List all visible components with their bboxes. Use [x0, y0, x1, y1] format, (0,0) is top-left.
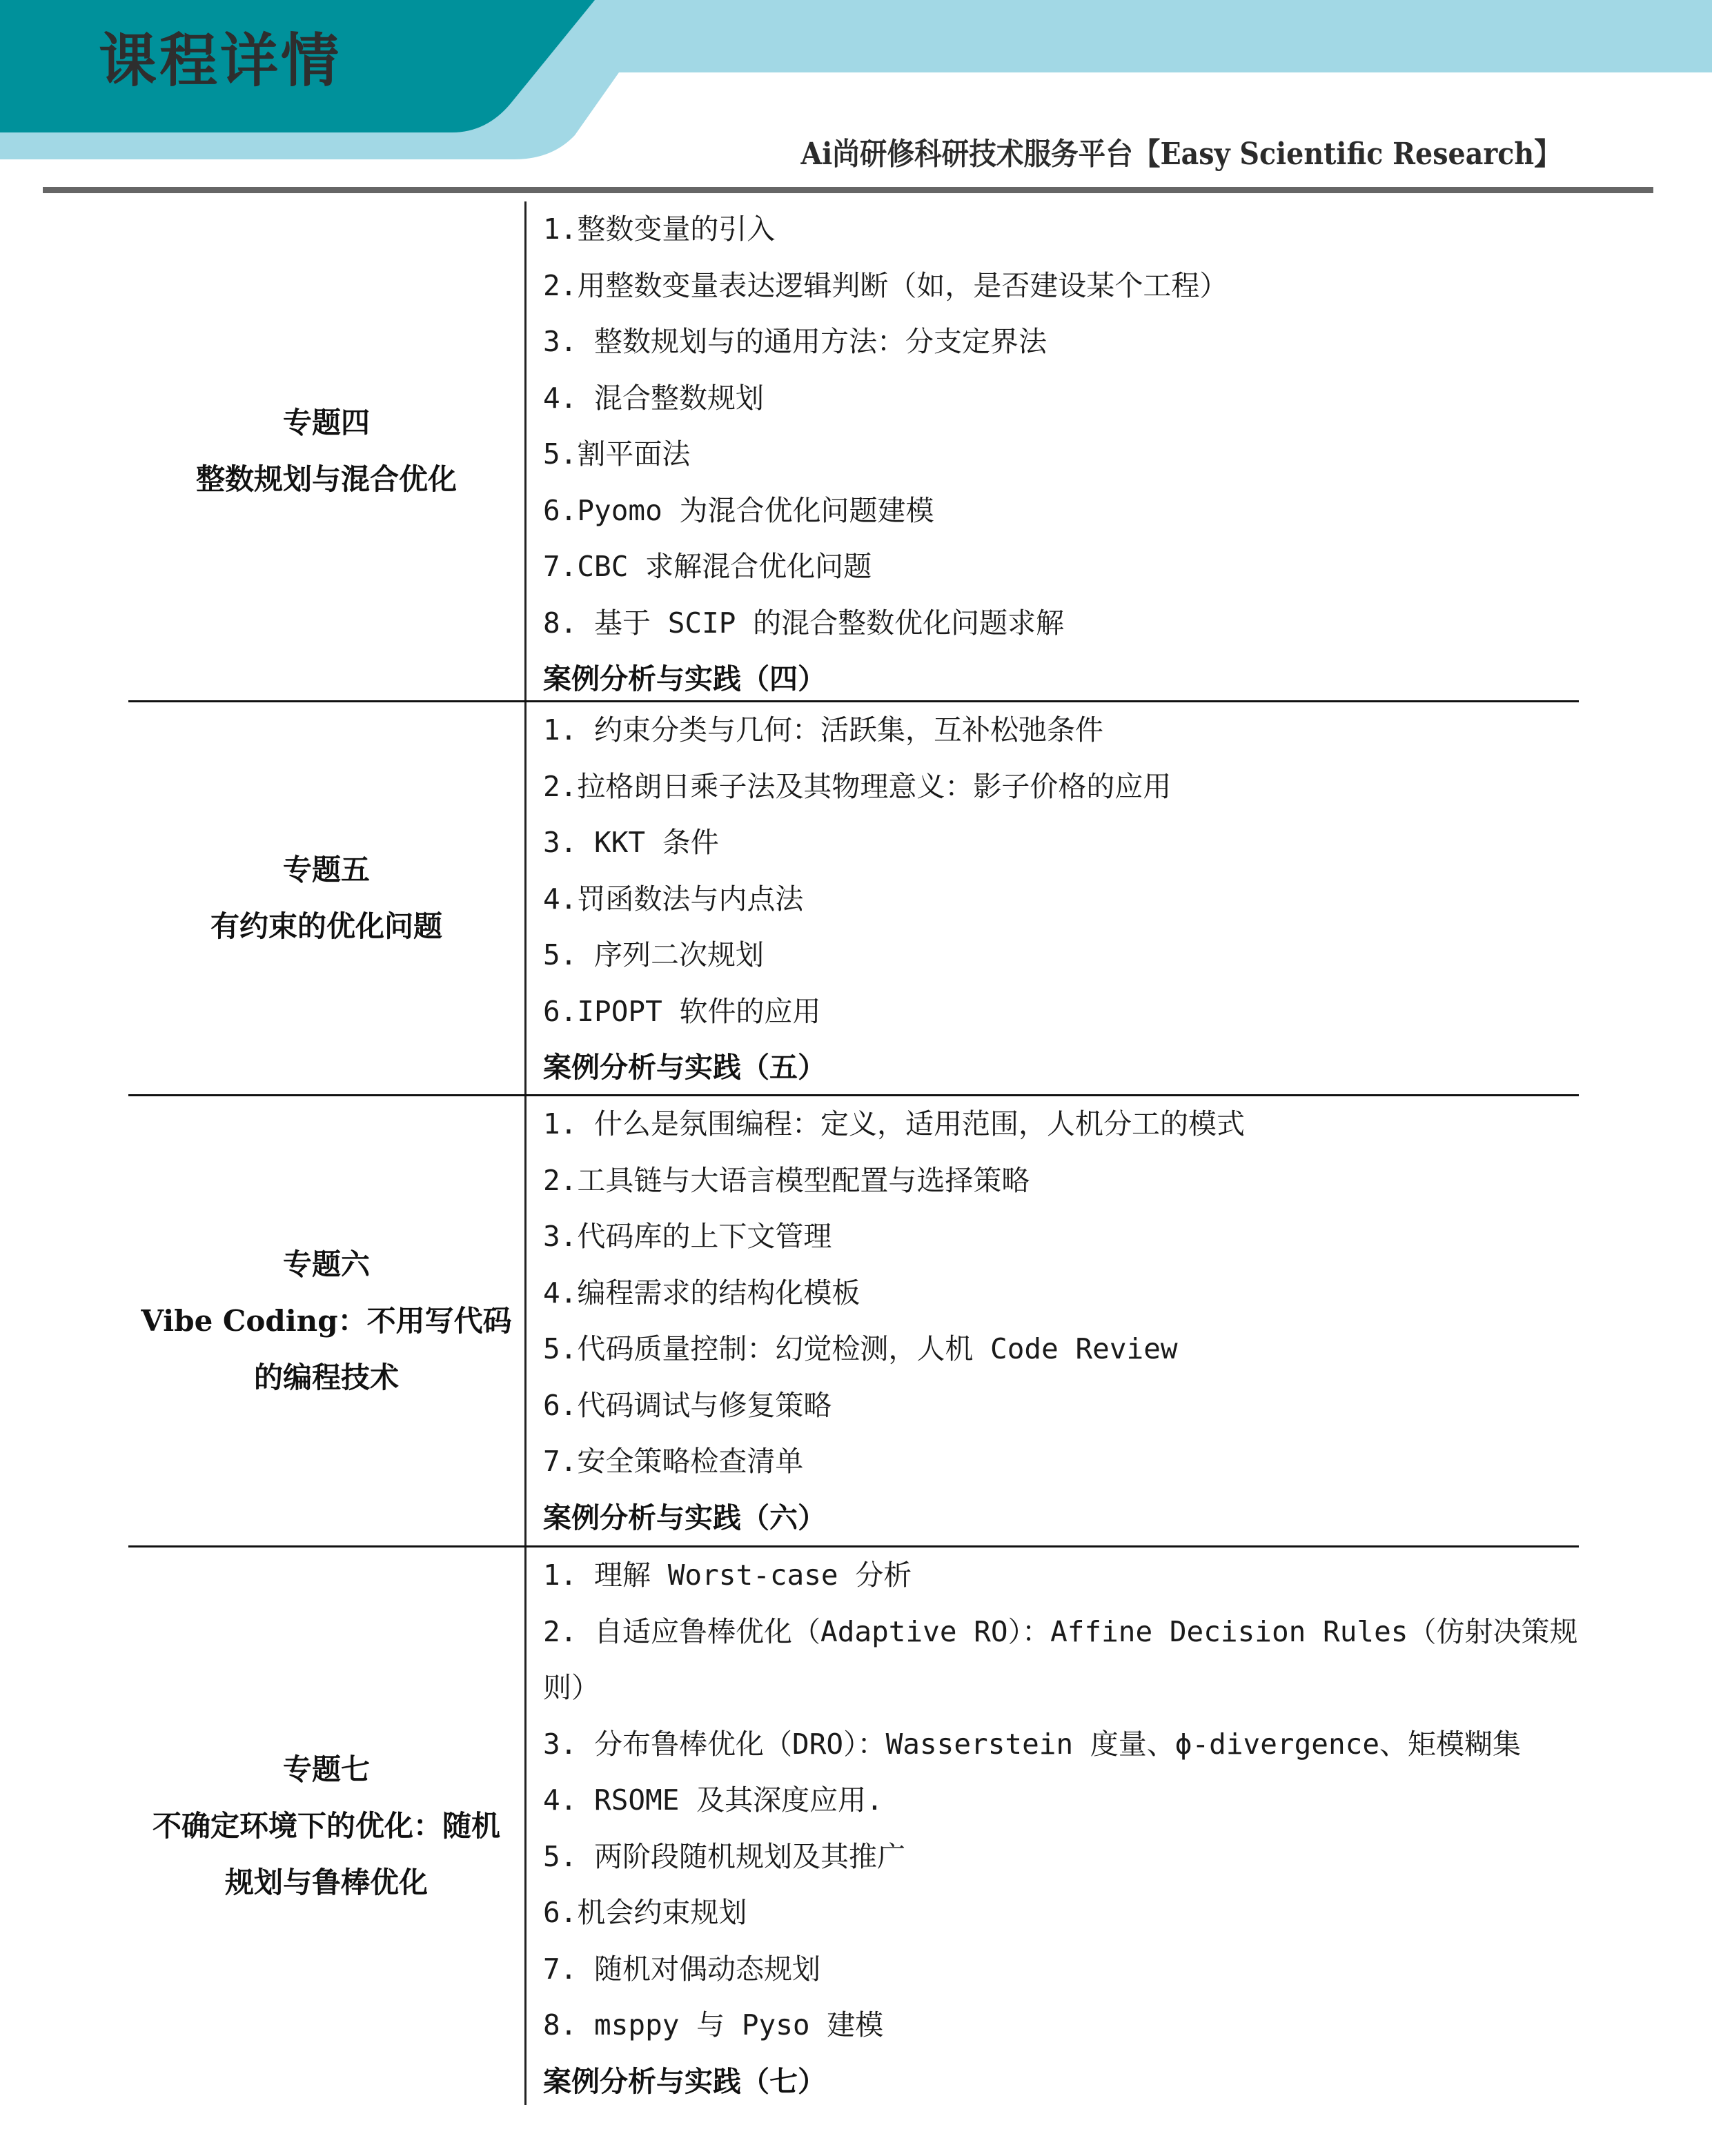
list-item: 4. 混合整数规划 — [543, 370, 1579, 427]
list-item: 4.编程需求的结构化模板 — [543, 1265, 1579, 1322]
case-study-label: 案例分析与实践（五） — [543, 1040, 1579, 1096]
topic-heading: 专题七 不确定环境下的优化：随机 规划与鲁棒优化 — [128, 1547, 527, 2105]
list-item: 7.安全策略检查清单 — [543, 1434, 1579, 1490]
list-item: 1. 什么是氛围编程：定义，适用范围，人机分工的模式 — [543, 1096, 1579, 1153]
list-item: 5.代码质量控制：幻觉检测，人机 Code Review — [543, 1321, 1579, 1378]
topic-title: 有约束的优化问题 — [210, 898, 442, 955]
list-item: 4. RSOME 及其深度应用. — [543, 1772, 1579, 1829]
list-item: 6.Pyomo 为混合优化问题建模 — [543, 483, 1579, 540]
list-item: 7.CBC 求解混合优化问题 — [543, 539, 1579, 595]
list-item: 3.代码库的上下文管理 — [543, 1209, 1579, 1265]
topic-label: 专题六 — [283, 1236, 370, 1293]
topic-row-4: 专题四 整数规划与混合优化 1.整数变量的引入 2.用整数变量表达逻辑判断（如，… — [128, 201, 1579, 700]
list-item: 1. 理解 Worst-case 分析 — [543, 1547, 1579, 1604]
list-item: 3. 整数规划与的通用方法：分支定界法 — [543, 314, 1579, 370]
topic-title: 规划与鲁棒优化 — [225, 1855, 428, 1911]
topic-title: Vibe Coding：不用写代码 — [141, 1293, 511, 1349]
topic-heading: 专题六 Vibe Coding：不用写代码 的编程技术 — [128, 1096, 527, 1545]
list-item: 2. 自适应鲁棒优化（Adaptive RO）：Affine Decision … — [543, 1604, 1579, 1717]
topic-items: 1. 约束分类与几何：活跃集，互补松弛条件 2.拉格朗日乘子法及其物理意义：影子… — [527, 702, 1579, 1094]
topic-row-7: 专题七 不确定环境下的优化：随机 规划与鲁棒优化 1. 理解 Worst-cas… — [128, 1545, 1579, 2105]
topic-label: 专题五 — [283, 842, 370, 898]
list-item: 5. 序列二次规划 — [543, 927, 1579, 984]
topic-row-5: 专题五 有约束的优化问题 1. 约束分类与几何：活跃集，互补松弛条件 2.拉格朗… — [128, 700, 1579, 1094]
list-item: 6.机会约束规划 — [543, 1885, 1579, 1941]
list-item: 4.罚函数法与内点法 — [543, 871, 1579, 928]
list-item: 7. 随机对偶动态规划 — [543, 1941, 1579, 1998]
topic-row-6: 专题六 Vibe Coding：不用写代码 的编程技术 1. 什么是氛围编程：定… — [128, 1094, 1579, 1545]
case-study-label: 案例分析与实践（七） — [543, 2054, 1579, 2110]
topic-title: 整数规划与混合优化 — [196, 451, 457, 508]
page-title: 课程详情 — [99, 26, 342, 95]
course-table: 专题四 整数规划与混合优化 1.整数变量的引入 2.用整数变量表达逻辑判断（如，… — [128, 201, 1579, 2105]
topic-items: 1. 理解 Worst-case 分析 2. 自适应鲁棒优化（Adaptive … — [527, 1547, 1579, 2105]
list-item: 8. msppy 与 Pyso 建模 — [543, 1997, 1579, 2054]
list-item: 2.用整数变量表达逻辑判断（如，是否建设某个工程） — [543, 258, 1579, 315]
platform-name: Ai尚研修科研技术服务平台【Easy Scientific Research】 — [801, 135, 1562, 174]
list-item: 5. 两阶段随机规划及其推广 — [543, 1829, 1579, 1886]
list-item: 2.工具链与大语言模型配置与选择策略 — [543, 1153, 1579, 1209]
topic-title: 的编程技术 — [254, 1349, 399, 1406]
case-study-label: 案例分析与实践（六） — [543, 1490, 1579, 1547]
list-item: 8. 基于 SCIP 的混合整数优化问题求解 — [543, 595, 1579, 652]
topic-heading: 专题四 整数规划与混合优化 — [128, 201, 527, 700]
topic-items: 1.整数变量的引入 2.用整数变量表达逻辑判断（如，是否建设某个工程） 3. 整… — [527, 201, 1579, 700]
topic-title: 不确定环境下的优化：随机 — [152, 1798, 500, 1855]
topic-items: 1. 什么是氛围编程：定义，适用范围，人机分工的模式 2.工具链与大语言模型配置… — [527, 1096, 1579, 1545]
header-divider — [43, 187, 1653, 193]
list-item: 3. KKT 条件 — [543, 815, 1579, 871]
topic-label: 专题四 — [283, 395, 370, 451]
topic-label: 专题七 — [283, 1741, 370, 1798]
list-item: 6.IPOPT 软件的应用 — [543, 984, 1579, 1040]
topic-heading: 专题五 有约束的优化问题 — [128, 702, 527, 1094]
list-item: 1.整数变量的引入 — [543, 201, 1579, 258]
list-item: 3. 分布鲁棒优化（DRO）：Wasserstein 度量、ϕ-divergen… — [543, 1717, 1579, 1773]
list-item: 6.代码调试与修复策略 — [543, 1378, 1579, 1434]
case-study-label: 案例分析与实践（四） — [543, 651, 1579, 708]
list-item: 5.割平面法 — [543, 426, 1579, 483]
list-item: 1. 约束分类与几何：活跃集，互补松弛条件 — [543, 702, 1579, 759]
list-item: 2.拉格朗日乘子法及其物理意义：影子价格的应用 — [543, 759, 1579, 815]
